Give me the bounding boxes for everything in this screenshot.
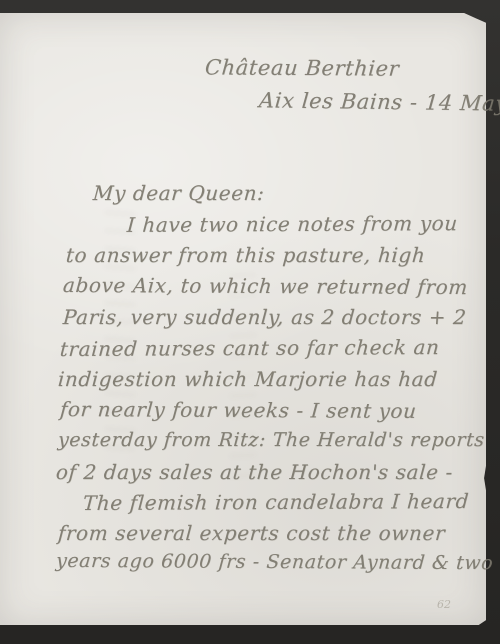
page-annotation: 62 — [437, 598, 451, 611]
body-line: yesterday from Ritz: The Herald's report… — [57, 429, 485, 451]
body-line: trained nurses cant so far check an — [59, 335, 440, 361]
body-line: above Aix, to which we returned from — [62, 273, 469, 299]
body-line: to answer from this pasture, high — [65, 243, 426, 267]
salutation: My dear Queen: — [92, 181, 265, 205]
body-line: The flemish iron candelabra I heard — [82, 489, 470, 515]
body-line: I have two nice notes from you — [126, 211, 458, 237]
heading-line-2: Aix les Bains - 14 May. — [258, 88, 500, 116]
body-line: from several experts cost the owner — [57, 521, 446, 545]
photo-background: Château Berthier Aix les Bains - 14 May.… — [0, 0, 500, 644]
ink-bleed-through — [105, 203, 135, 463]
heading-line-1: Château Berthier — [204, 55, 400, 80]
body-line: indigestion which Marjorie has had — [57, 367, 438, 391]
body-line: years ago 6000 frs - Senator Aynard & tw… — [55, 550, 494, 574]
body-line: Paris, very suddenly, as 2 doctors + 2 — [62, 305, 467, 329]
body-line: of 2 days sales at the Hochon's sale - — [55, 460, 454, 484]
body-line: for nearly four weeks - I sent you — [59, 397, 417, 423]
